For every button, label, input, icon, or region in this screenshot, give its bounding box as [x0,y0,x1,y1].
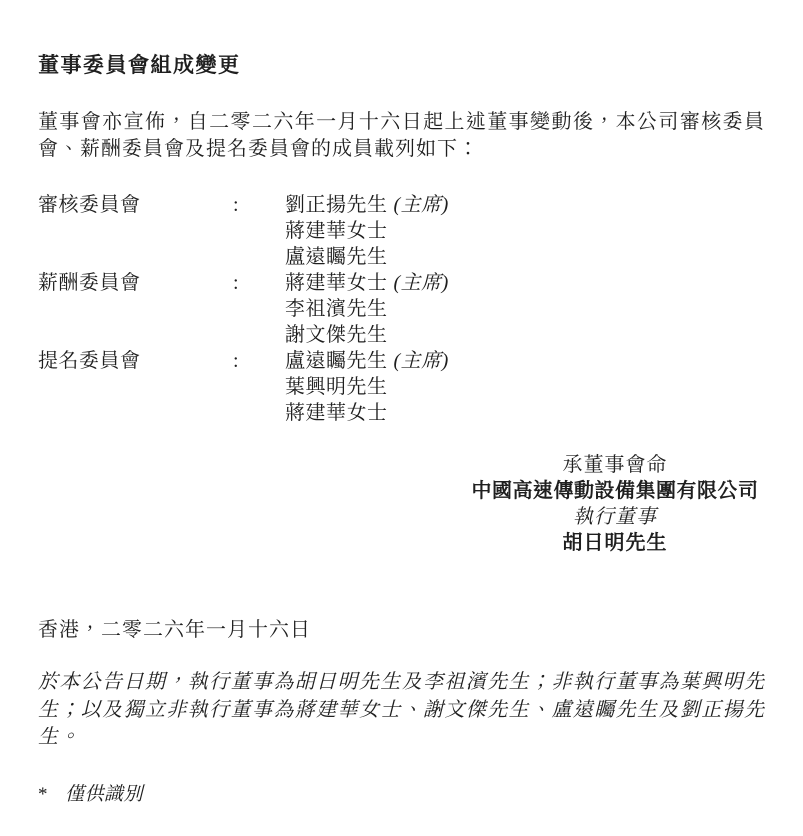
place-date-line: 香港，二零二六年一月十六日 [38,613,765,642]
committee-row-nomination: 提名委員會 : 盧遠矚先生(主席) 葉興明先生 蔣建華女士 [38,348,765,426]
committee-name: 審核委員會 [38,192,233,218]
member-name: 李祖濱先生 [285,298,388,320]
member-role: (主席) [394,194,449,216]
member-line: 盧遠矚先生 [285,244,765,270]
member-name: 盧遠矚先生 [285,246,388,268]
member-line: 謝文傑先生 [285,322,765,348]
by-order-line: 承董事會命 [465,452,765,478]
announcement-page: 董事委員會組成變更 董事會亦宣佈，自二零二六年一月十六日起上述董事變動後，本公司… [0,0,803,836]
committee-name: 薪酬委員會 [38,270,233,296]
document-title: 董事委員會組成變更 [38,54,765,78]
member-name: 蔣建華女士 [285,402,388,424]
committee-colon: : [233,348,285,374]
directors-paragraph: 於本公告日期，執行董事為胡日明先生及李祖濱先生；非執行董事為葉興明先生；以及獨立… [38,669,765,752]
committee-colon: : [233,270,285,296]
member-list: 蔣建華女士(主席) 李祖濱先生 謝文傑先生 [285,270,765,348]
member-line: 蔣建華女士 [285,218,765,244]
footnote: * 僅供識別 [38,779,765,806]
committee-name: 提名委員會 [38,348,233,374]
signer-title: 執行董事 [465,504,765,530]
member-name: 葉興明先生 [285,376,388,398]
committee-row-remuneration: 薪酬委員會 : 蔣建華女士(主席) 李祖濱先生 謝文傑先生 [38,270,765,348]
footnote-text: 僅供識別 [65,779,143,806]
committee-row-audit: 審核委員會 : 劉正揚先生(主席) 蔣建華女士 盧遠矚先生 [38,192,765,270]
member-line: 蔣建華女士(主席) [285,270,765,296]
company-name: 中國高速傳動設備集團有限公司 [465,478,765,504]
signer-name: 胡日明先生 [465,530,765,556]
intro-paragraph: 董事會亦宣佈，自二零二六年一月十六日起上述董事變動後，本公司審核委員會、薪酬委員… [38,109,765,163]
member-name: 劉正揚先生 [285,194,388,216]
footnote-marker: * [38,784,65,806]
member-line: 劉正揚先生(主席) [285,192,765,218]
member-name: 蔣建華女士 [285,220,388,242]
member-line: 葉興明先生 [285,374,765,400]
member-list: 劉正揚先生(主席) 蔣建華女士 盧遠矚先生 [285,192,765,270]
member-role: (主席) [394,350,449,372]
member-line: 李祖濱先生 [285,296,765,322]
member-name: 謝文傑先生 [285,324,388,346]
member-line: 蔣建華女士 [285,400,765,426]
committee-list: 審核委員會 : 劉正揚先生(主席) 蔣建華女士 盧遠矚先生 薪酬委員會 : 蔣建… [38,192,765,426]
member-name: 蔣建華女士 [285,272,388,294]
member-role: (主席) [394,272,449,294]
member-line: 盧遠矚先生(主席) [285,348,765,374]
signature-block: 承董事會命 中國高速傳動設備集團有限公司 執行董事 胡日明先生 [465,452,765,556]
committee-colon: : [233,192,285,218]
member-name: 盧遠矚先生 [285,350,388,372]
member-list: 盧遠矚先生(主席) 葉興明先生 蔣建華女士 [285,348,765,426]
